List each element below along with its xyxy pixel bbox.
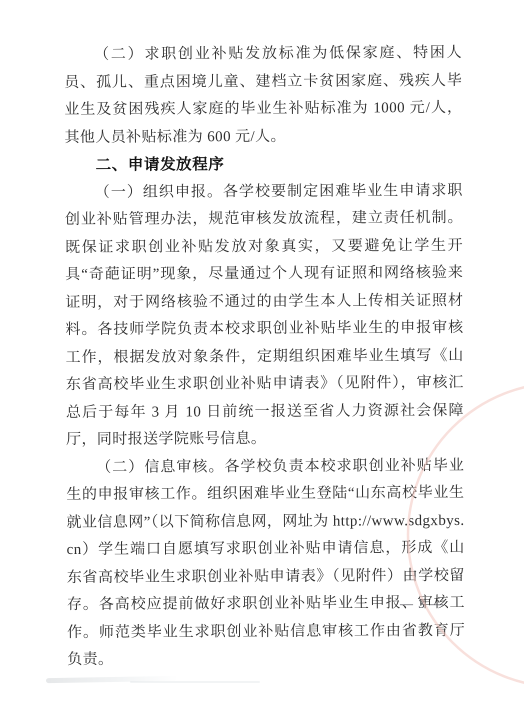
document-body: （二）求职创业补贴发放标准为低保家庭、特困人员、孤儿、重点困境儿童、建档立卡贫困… xyxy=(64,40,465,675)
scanned-document-page: （二）求职创业补贴发放标准为低保家庭、特困人员、孤儿、重点困境儿童、建档立卡贫困… xyxy=(0,0,524,707)
paragraph-information-review: （二）信息审核。各学校负责本校求职创业补贴毕业生的申报审核工作。组织困难毕业生登… xyxy=(66,452,465,674)
paragraph-subsidy-standard: （二）求职创业补贴发放标准为低保家庭、特困人员、孤儿、重点困境儿童、建档立卡贫困… xyxy=(64,40,463,152)
section-heading-application-procedure: 二、申请发放程序 xyxy=(65,150,463,180)
paragraph-organize-application: （一）组织申报。各学校要制定困难毕业生申请求职创业补贴管理办法，规范审核发放流程… xyxy=(65,177,464,454)
page-number: — 3 — xyxy=(396,596,448,612)
scan-smudge-bottom xyxy=(130,681,260,683)
